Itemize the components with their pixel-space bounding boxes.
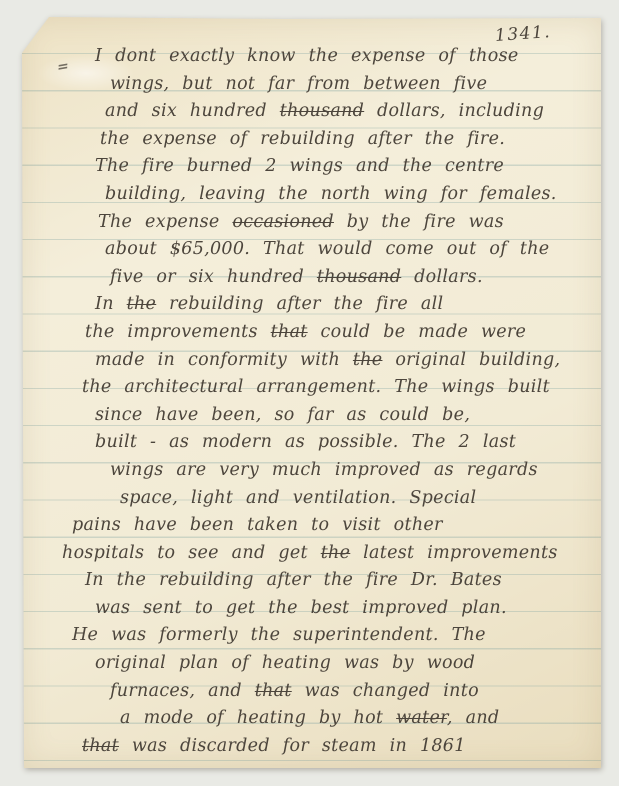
text-segment: The expense	[98, 212, 232, 232]
text-segment: building, leaving the north wing for fem…	[105, 184, 557, 204]
manuscript-lines: I dont exactly know the expense of those…	[22, 43, 595, 760]
text-segment: , and	[447, 708, 500, 728]
struck-text: thousand	[317, 267, 401, 287]
paper-sheet: = 1341. I dont exactly know the expense …	[22, 17, 601, 768]
text-segment: the expense of rebuilding after the fire…	[100, 129, 505, 149]
text-segment: the improvements	[85, 322, 271, 342]
text-segment: was changed into	[292, 681, 479, 701]
manuscript-line: In the rebuilding after the fire Dr. Bat…	[22, 567, 595, 595]
text-segment: about $65,000. That would come out of th…	[105, 239, 549, 259]
manuscript-line: pains have been taken to visit other	[22, 512, 595, 540]
manuscript-line: built - as modern as possible. The 2 las…	[22, 429, 595, 457]
text-segment: The fire burned 2 wings and the centre	[95, 156, 504, 176]
manuscript-line: building, leaving the north wing for fem…	[22, 181, 595, 209]
text-segment: original building,	[382, 350, 560, 370]
struck-text: that	[82, 736, 119, 756]
manuscript-line: hospitals to see and get the latest impr…	[22, 540, 595, 568]
manuscript-line: was sent to get the best improved plan.	[22, 595, 595, 623]
manuscript-line: the improvements that could be made were	[22, 319, 595, 347]
struck-text: that	[255, 681, 292, 701]
text-segment: He was formerly the superintendent. The	[72, 625, 486, 645]
manuscript-line: The expense occasioned by the fire was	[22, 209, 595, 237]
text-segment: In the rebuilding after the fire Dr. Bat…	[85, 570, 502, 590]
manuscript-line: five or six hundred thousand dollars.	[22, 264, 595, 292]
text-segment: furnaces, and	[110, 681, 255, 701]
text-segment: and six hundred	[105, 101, 280, 121]
manuscript-line: space, light and ventilation. Special	[22, 485, 595, 513]
struck-text: water	[396, 708, 447, 728]
text-segment: pains have been taken to visit other	[72, 515, 443, 535]
text-segment: was sent to get the best improved plan.	[95, 598, 507, 618]
text-segment: wings are very much improved as regards	[110, 460, 538, 480]
manuscript-line: He was formerly the superintendent. The	[22, 622, 595, 650]
text-segment: by the fire was	[334, 212, 504, 232]
struck-text: the	[321, 543, 351, 563]
manuscript-line: the expense of rebuilding after the fire…	[22, 126, 595, 154]
text-segment: the architectural arrangement. The wings…	[82, 377, 550, 397]
manuscript-line: wings, but not far from between five	[22, 71, 595, 99]
manuscript-line: I dont exactly know the expense of those	[22, 43, 595, 71]
text-segment: rebuilding after the fire all	[156, 294, 443, 314]
struck-text: that	[271, 322, 308, 342]
manuscript-page: = 1341. I dont exactly know the expense …	[22, 17, 601, 768]
struck-text: the	[127, 294, 157, 314]
manuscript-line: that was discarded for steam in 1861	[22, 733, 595, 761]
text-segment: latest improvements	[350, 543, 557, 563]
manuscript-line: about $65,000. That would come out of th…	[22, 236, 595, 264]
text-segment: I dont exactly know the expense of those	[95, 46, 519, 66]
text-segment: could be made were	[308, 322, 527, 342]
manuscript-line: The fire burned 2 wings and the centre	[22, 153, 595, 181]
text-segment: space, light and ventilation. Special	[120, 488, 476, 508]
text-segment: a mode of heating by hot	[120, 708, 396, 728]
text-segment: five or six hundred	[110, 267, 317, 287]
text-segment: In	[95, 294, 127, 314]
manuscript-line: In the rebuilding after the fire all	[22, 291, 595, 319]
manuscript-line: and six hundred thousand dollars, includ…	[22, 98, 595, 126]
manuscript-line: made in conformity with the original bui…	[22, 347, 595, 375]
text-segment: was discarded for steam in 1861	[119, 736, 466, 756]
struck-text: thousand	[280, 101, 364, 121]
text-segment: dollars.	[401, 267, 483, 287]
text-segment: made in conformity with	[95, 350, 353, 370]
struck-text: the	[353, 350, 383, 370]
text-segment: dollars, including	[364, 101, 544, 121]
manuscript-line: wings are very much improved as regards	[22, 457, 595, 485]
text-segment: since have been, so far as could be,	[95, 405, 470, 425]
manuscript-line: the architectural arrangement. The wings…	[22, 374, 595, 402]
text-segment: built - as modern as possible. The 2 las…	[95, 432, 516, 452]
text-segment: wings, but not far from between five	[110, 74, 487, 94]
manuscript-line: original plan of heating was by wood	[22, 650, 595, 678]
manuscript-line: since have been, so far as could be,	[22, 402, 595, 430]
struck-text: occasioned	[232, 212, 334, 232]
text-segment: hospitals to see and get	[62, 543, 321, 563]
text-segment: original plan of heating was by wood	[95, 653, 475, 673]
manuscript-line: furnaces, and that was changed into	[22, 678, 595, 706]
manuscript-line: a mode of heating by hot water, and	[22, 705, 595, 733]
